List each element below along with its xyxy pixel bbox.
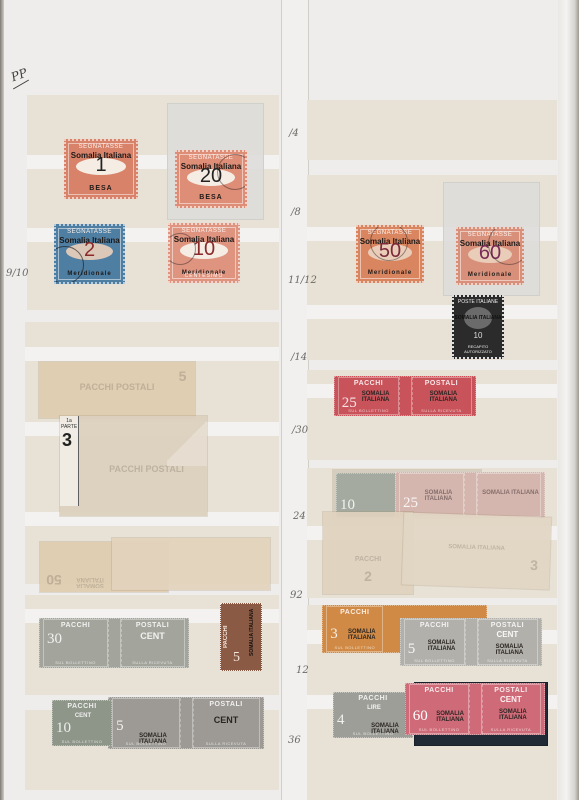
strip-right-1 <box>307 100 557 160</box>
parcel-stamp-reverse-3[interactable]: SOMALIA ITALIANA 3 <box>402 512 551 589</box>
postage-due-stamp-2-lire[interactable]: SEGNATASSE Somalia Italiana 2 Meridional… <box>54 224 125 284</box>
pencil-note-gutter-2: /8 <box>291 207 301 218</box>
parcel-stamp-reverse-blank[interactable] <box>112 538 270 590</box>
parcel-stamp-5-cent-half[interactable]: PACCHI SOMALIA ITALIANA 5 <box>220 603 262 671</box>
parcel-stamp-60-cent[interactable]: PACCHI60SOMALIA ITALIANASUL BOLLETTINO P… <box>405 683 545 735</box>
postage-due-stamp-10-cent[interactable]: SEGNATASSE Somalia Italiana 10 Meridiona… <box>168 223 240 283</box>
parcel-stamp-10-grey[interactable]: 10 <box>336 473 396 517</box>
pencil-note-gutter-8: 12 <box>296 665 309 676</box>
parcel-stamp-reverse[interactable]: PACCHI POSTALI 5 <box>39 362 195 418</box>
parcel-stamp-4-lire[interactable]: PACCHI LIRE 4 SOMALIA ITALIANA SUL BOLLE… <box>333 692 413 738</box>
postage-due-stamp-60[interactable]: SEGNATASSE Somalia Italiana 60 Meridiona… <box>456 227 524 285</box>
stockbook-page: PP 9/10 /4 /8 11/12 /14 /30 24 92 12 36 … <box>0 0 579 800</box>
parcel-stamp-30-cent[interactable]: PACCHI30SUL BOLLETTINO POSTALICENTSULLA … <box>39 618 189 668</box>
parcel-stamp-folded-block[interactable]: 1a PARTE 3 PACCHI POSTALI <box>60 416 207 516</box>
parcel-stamp-10-cent[interactable]: PACCHI CENT 10 SUL BOLLETTINO <box>52 700 112 746</box>
pencil-note-gutter-9: 36 <box>288 735 301 746</box>
parcel-stamp-5-cent-grey[interactable]: PACCHI5SOMALIA ITALIANASUL BOLLETTINO PO… <box>400 618 542 666</box>
parcel-stamp-5-cent[interactable]: 5SOMALIA ITALIANASUL BOLLETTINO POSTALIC… <box>108 697 264 749</box>
pencil-note-gutter-6: 24 <box>293 511 306 522</box>
book-binding <box>0 0 4 800</box>
postage-due-stamp-20-besa[interactable]: SEGNATASSE Somalia Italiana 20 BESA <box>175 150 247 208</box>
pencil-note-gutter-7: 92 <box>290 590 303 601</box>
parcel-stamp-25-faded[interactable]: 25SOMALIA ITALIANA SOMALIA ITALIANA <box>395 472 545 518</box>
parcel-stamp-reverse-2[interactable]: PACCHI 2 <box>323 512 413 594</box>
postage-due-stamp-1-besa[interactable]: SEGNATASSE Somalia Italiana 1 BESA <box>64 139 138 199</box>
page-edge <box>558 0 579 800</box>
postage-due-stamp-50[interactable]: SEGNATASSE Somalia Italiana 50 Meridiona… <box>356 225 424 283</box>
center-gutter <box>281 0 309 800</box>
pencil-note-gutter-1: /4 <box>289 128 299 139</box>
pencil-note-gutter-3: 11/12 <box>288 275 317 286</box>
pencil-note-left-margin: 9/10 <box>6 268 28 279</box>
pencil-note-gutter-4: /14 <box>291 352 307 363</box>
parcel-stamp-25-cent[interactable]: PACCHI25SOMALIA ITALIANASUL BOLLETTINO P… <box>334 376 476 416</box>
pencil-note-gutter-5: /30 <box>292 425 308 436</box>
recapito-autorizzato-stamp[interactable]: POSTE ITALIANE SOMALIA ITALIANA 10 RECAP… <box>452 295 504 359</box>
